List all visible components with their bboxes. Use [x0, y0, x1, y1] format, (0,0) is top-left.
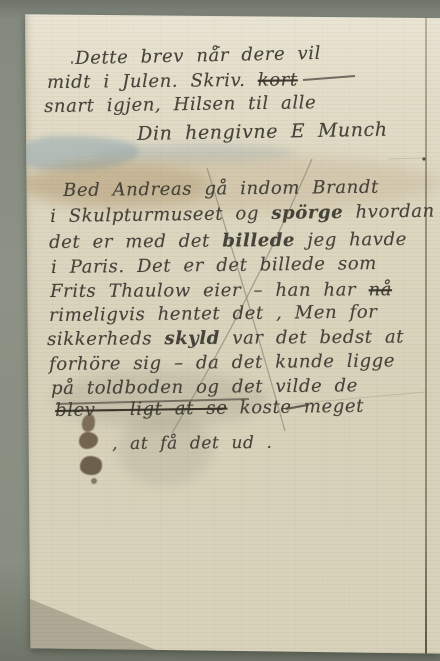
- handwritten-line-l1: Dette brev når dere vil: [75, 45, 321, 68]
- scan-backdrop: Dette brev når dere vilmidt i Julen. Skr…: [0, 0, 440, 661]
- handwriting-text: hvordan: [343, 201, 435, 223]
- handwriting-text: midt i Julen. Skriv.: [47, 70, 258, 93]
- handwriting-text: Dette brev når dere vil: [75, 43, 321, 69]
- handwritten-line-p4: i Paris. Det er det billede som: [51, 255, 377, 277]
- handwriting-text: var det bedst at: [220, 327, 404, 349]
- struck-text: blev – ligt at se: [55, 398, 228, 421]
- handwritten-line-p3: det er med det billede jeg havde: [49, 231, 407, 252]
- handwriting-text: det er med det: [49, 230, 222, 253]
- handwritten-line-p5: Frits Thaulow eier – han har nå: [50, 281, 392, 301]
- handwriting-text: forhöre sig – da det kunde ligge: [49, 350, 395, 375]
- handwriting-text: rimeligvis hentet det , Men for: [49, 302, 378, 326]
- handwriting-text: spörge: [271, 202, 343, 224]
- handwritten-line-p7: sikkerheds skyld var det bedst at: [47, 329, 404, 349]
- handwritten-line-l3: snart igjen, Hilsen til alle: [44, 94, 316, 116]
- handwriting-text: Frits Thaulow eier – han har: [50, 279, 369, 302]
- handwriting-text: Din hengivne E Munch: [137, 119, 388, 145]
- handwriting-text: sikkerheds: [47, 328, 165, 350]
- handwriting-text: snart igjen, Hilsen til alle: [44, 92, 317, 117]
- handwritten-line-p6: rimeligvis hentet det , Men for: [49, 304, 378, 325]
- paper-shadow-wrap: Dette brev når dere vilmidt i Julen. Skr…: [0, 0, 440, 661]
- handwriting-text: billede: [222, 230, 295, 252]
- letter-lines: Dette brev når dere vilmidt i Julen. Skr…: [25, 12, 440, 654]
- handwriting-text: i Paris. Det er det billede som: [51, 253, 377, 278]
- handwritten-line-p10: blev – ligt at se koste meget: [55, 398, 364, 420]
- handwritten-line-l2: midt i Julen. Skriv. kort: [47, 71, 298, 92]
- handwriting-text: , at få det ud .: [112, 433, 273, 454]
- handwriting-text: i Skulpturmuseet og: [50, 203, 272, 227]
- handwritten-line-p1: Bed Andreas gå indom Brandt: [63, 179, 379, 200]
- struck-text: nå: [368, 279, 392, 300]
- handwritten-line-l4: Din hengivne E Munch: [137, 121, 388, 144]
- handwritten-line-p8: forhöre sig – da det kunde ligge: [49, 352, 395, 374]
- handwritten-line-p9: på toldboden og det vilde de: [51, 377, 358, 398]
- struck-text: kort: [258, 69, 298, 90]
- letter-page: Dette brev når dere vilmidt i Julen. Skr…: [25, 12, 440, 654]
- handwritten-line-p11: , at få det ud .: [112, 435, 273, 453]
- handwritten-line-p2: i Skulpturmuseet og spörge hvordan: [50, 203, 435, 226]
- handwriting-text: skyld: [164, 328, 220, 349]
- handwriting-text: Bed Andreas gå indom Brandt: [63, 177, 379, 201]
- handwriting-text: koste meget: [227, 396, 364, 419]
- handwriting-text: jeg havde: [295, 229, 407, 251]
